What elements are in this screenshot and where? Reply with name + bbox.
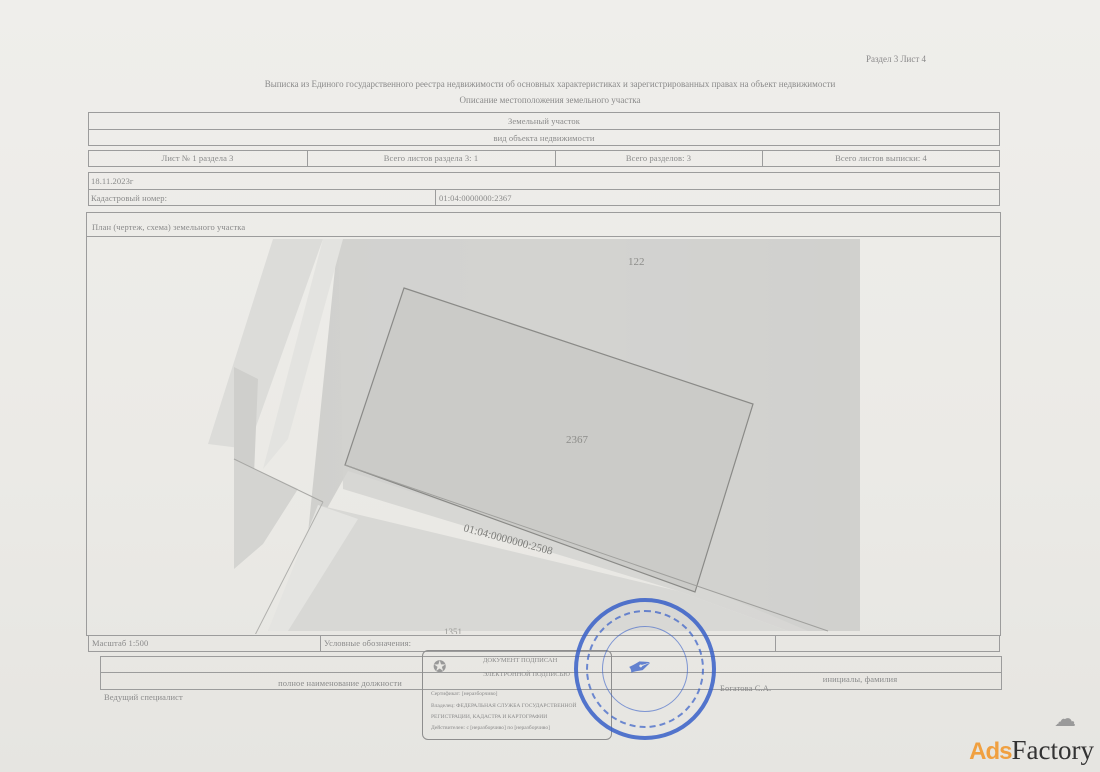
stamp-emblem-icon: ✒ xyxy=(623,647,659,688)
divider xyxy=(86,236,1001,237)
total-sheets-section: Всего листов раздела 3: 1 xyxy=(307,153,555,163)
issue-date: 18.11.2023г xyxy=(91,176,134,186)
document-title: Выписка из Единого государственного реес… xyxy=(110,79,990,89)
label-2367: 2367 xyxy=(566,434,589,446)
cloud-icon: ☁ xyxy=(1054,706,1076,732)
e-signature-owner2: РЕГИСТРАЦИИ, КАДАСТРА И КАРТОГРАФИИ xyxy=(431,714,547,720)
e-signature-cert: Сертификат: [неразборчиво] xyxy=(431,691,498,697)
document-subtitle: Описание местоположения земельного участ… xyxy=(300,95,800,105)
emblem-icon: ✪ xyxy=(433,657,446,677)
land-plot-plan: 122 2367 01:04:0000000:2508 1351 xyxy=(88,239,1000,634)
e-signature-owner: Владелец: ФЕДЕРАЛЬНАЯ СЛУЖБА ГОСУДАРСТВЕ… xyxy=(431,703,576,709)
cadastral-label: Кадастровый номер: xyxy=(91,193,167,203)
label-1351: 1351 xyxy=(444,627,462,634)
e-signature-valid: Действителен: с [неразборчиво] по [нераз… xyxy=(431,725,550,731)
scanned-document: Раздел 3 Лист 4 Выписка из Единого госуд… xyxy=(0,0,1100,772)
label-122: 122 xyxy=(628,256,645,268)
scale-label: Масштаб 1:500 xyxy=(92,638,148,648)
brand-left: Ads xyxy=(969,738,1011,765)
position: Ведущий специалист xyxy=(104,692,183,702)
e-signature-title: ДОКУМЕНТ ПОДПИСАН xyxy=(483,657,557,664)
total-sections: Всего разделов: 3 xyxy=(555,153,762,163)
divider xyxy=(88,189,1000,190)
sheet-of-section: Лист № 1 раздела 3 xyxy=(88,153,307,163)
brand-right: Factory xyxy=(1012,735,1094,765)
divider xyxy=(320,635,321,652)
plan-title: План (чертеж, схема) земельного участка xyxy=(92,222,245,232)
legend-label: Условные обозначения: xyxy=(324,638,411,648)
adsfactory-watermark: ☁ AdsFactory xyxy=(969,735,1094,766)
object-type: Земельный участок xyxy=(88,116,1000,126)
section-sheet-label: Раздел 3 Лист 4 xyxy=(866,54,926,64)
divider xyxy=(435,189,436,206)
name-caption: инициалы, фамилия xyxy=(760,674,960,684)
official-stamp: ✒ xyxy=(574,598,716,740)
cadastral-number: 01:04:0000000:2367 xyxy=(439,193,512,203)
divider xyxy=(88,129,1000,130)
e-signature-subtitle: ЭЛЕКТРОННОЙ ПОДПИСЬЮ xyxy=(483,671,570,678)
divider xyxy=(775,635,776,652)
signature-name: Богатова С.А. xyxy=(720,683,771,693)
total-sheets-extract: Всего листов выписки: 4 xyxy=(762,153,1000,163)
object-type-caption: вид объекта недвижимости xyxy=(88,133,1000,143)
